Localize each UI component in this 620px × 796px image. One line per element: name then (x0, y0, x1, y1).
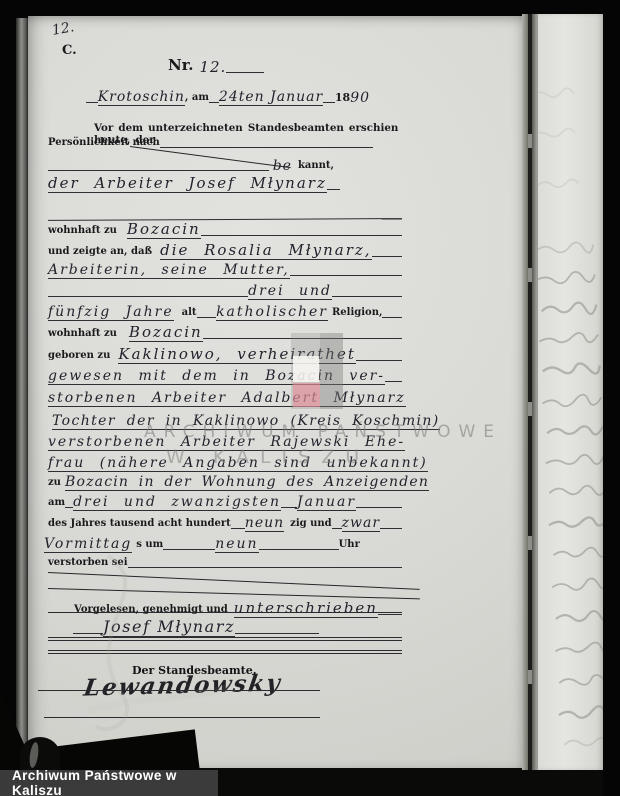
rule (356, 360, 402, 361)
deceased-name: die Rosalia Młynarz, (160, 243, 371, 260)
rule (231, 528, 245, 529)
rule (259, 549, 339, 550)
rule (385, 381, 402, 382)
wohnhaft-label: wohnhaft zu (48, 226, 117, 239)
place-date-line: Krotoschin , am 24ten Januar 18 90 (86, 90, 370, 106)
residence-value-2: Bozacin (129, 325, 203, 342)
geboren-label: geboren zu (48, 351, 110, 364)
rule (378, 614, 402, 615)
death-month: Januar (297, 495, 356, 511)
archive-watermark-line1: ARCHIWUM PAŃSTWOWE (144, 422, 502, 442)
rule (382, 317, 402, 318)
rule (197, 317, 217, 318)
rule (65, 507, 73, 508)
place-value: Krotoschin (98, 90, 185, 106)
section-letter: C. (62, 43, 77, 58)
rule (226, 72, 264, 73)
archive-footer-bar: Archiwum Państwowe w Kaliszu (0, 770, 218, 796)
logo-gray-cell (320, 333, 343, 409)
declarant-line: der Arbeiter Josef Młynarz (48, 176, 340, 193)
zwar-hand: zwar (342, 516, 380, 532)
residence-line-1: wohnhaft zu Bozacin (48, 222, 402, 239)
zeigte-an-line: und zeigte an, daß die Rosalia Młynarz, (48, 243, 402, 260)
logo-pink-cell (293, 383, 320, 407)
rule (332, 528, 342, 529)
date-day-month: 24ten Januar (219, 90, 323, 106)
record-number-line: Nr. 12. (168, 58, 264, 76)
death-date-line: am drei und zwanzigsten Januar (48, 495, 402, 511)
scanned-registry-page: 12. C. Nr. 12. Krotoschin , am 24ten Jan… (0, 0, 620, 796)
archive-name-label: Archiwum Państwowe w Kaliszu (0, 768, 218, 796)
text-line: storbenen Arbeiter Adalbert Młynarz (48, 391, 402, 407)
occupation-line: Arbeiterin, seine Mutter, (48, 263, 402, 279)
kannt-printed: kannt, (298, 161, 334, 174)
alt-printed: alt (182, 308, 197, 321)
rule (332, 296, 402, 297)
birthplace-line: geboren zu Kaklinowo, verheirathet (48, 347, 402, 364)
religion-printed: Religion, (332, 308, 382, 321)
rule (48, 296, 248, 297)
rule (372, 256, 402, 257)
rule (209, 102, 219, 103)
rule (327, 189, 340, 190)
age-religion-line: fünfzig Jahre alt katholischer Religion, (48, 305, 402, 321)
page-corner-number: 12. (51, 19, 76, 39)
be-hand: be (273, 159, 292, 174)
logo-white-cell (293, 356, 319, 382)
religion-value: katholischer (216, 305, 328, 321)
zeigte-label: und zeigte an, daß (48, 247, 152, 260)
text-line-2: storbenen Arbeiter Adalbert Młynarz (48, 391, 406, 407)
am-printed2: am (48, 498, 65, 511)
text-line: gewesen mit dem in Bozacin ver- (48, 369, 402, 385)
rule (201, 235, 402, 236)
death-day: drei und zwanzigsten (73, 495, 281, 511)
zu-printed: zu (48, 478, 61, 491)
empty-rule (48, 218, 402, 221)
death-year-line: des Jahres tausend acht hundert neun zig… (48, 516, 402, 532)
binding-stitch-line (528, 14, 532, 770)
age-tail-value: drei und (248, 284, 332, 300)
rule (281, 507, 297, 508)
zig-und-printed: zig und (290, 519, 331, 532)
unterschrieben-hand: unterschrieben (234, 601, 378, 618)
persoenlichkeit-line: Persönlichkeit nach (48, 138, 373, 151)
age-tail-line: drei und (48, 284, 402, 300)
age-value: fünfzig Jahre (48, 305, 174, 321)
death-record-page: 12. C. Nr. 12. Krotoschin , am 24ten Jan… (28, 16, 522, 768)
scan-border-left (0, 0, 17, 796)
book-cover-edge (16, 18, 28, 760)
next-page-ghost-writing (538, 14, 604, 770)
uhr-printed: Uhr (339, 540, 360, 553)
year-printed-part: des Jahres tausend acht hundert (48, 519, 231, 532)
year-hand-part: neun (245, 516, 284, 532)
am-printed: , am (185, 93, 209, 106)
wohnhaft-label-2: wohnhaft zu (48, 329, 117, 342)
scan-border-right (603, 0, 620, 796)
rule (290, 275, 402, 276)
nr-value: 12. (199, 60, 226, 76)
declarant-name: der Arbeiter Josef Młynarz (48, 176, 327, 193)
ink-bleedthrough (68, 546, 248, 746)
archive-logo-overlay (291, 333, 343, 409)
rule (160, 147, 373, 148)
occupation-value: Arbeiterin, seine Mutter, (48, 263, 290, 279)
rule (356, 507, 402, 508)
rule (86, 102, 98, 103)
residence-value-1: Bozacin (127, 222, 201, 239)
bekannt-line: be kannt, (48, 159, 334, 174)
year-printed: 18 (335, 92, 350, 106)
rule (48, 170, 269, 171)
residence-line-2: wohnhaft zu Bozacin (48, 325, 402, 342)
death-place-line: zu Bozacin in der Wohnung des Anzeigende… (48, 475, 402, 491)
nr-label: Nr. (168, 58, 193, 76)
rule (323, 102, 335, 103)
archive-watermark-line2: W KALISZU (166, 446, 370, 468)
year-hand: 90 (350, 91, 370, 106)
death-location: Bozacin in der Wohnung des Anzeigenden (65, 475, 429, 491)
rule (380, 528, 402, 529)
